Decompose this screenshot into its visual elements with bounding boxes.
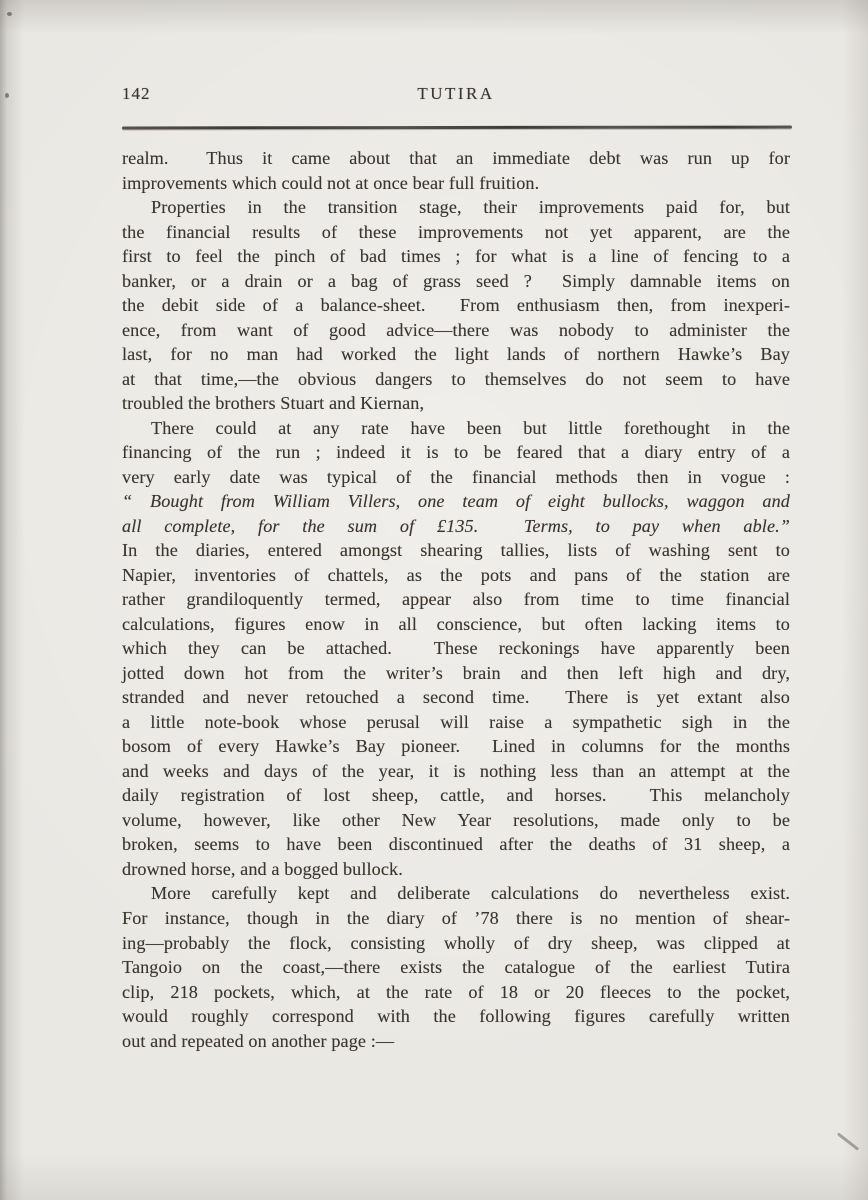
text-line: There could at any rate have been but li… [122, 416, 790, 441]
text-line: the financial results of these improveme… [122, 220, 790, 245]
text-line: rather grandiloquently termed, appear al… [122, 587, 790, 612]
text-line: first to feel the pinch of bad times ; f… [122, 244, 790, 269]
text-line: “ Bought from William Villers, one team … [122, 489, 790, 514]
page-header: 142 TUTIRA [122, 84, 790, 106]
text-line: calculations, figures enow in all consci… [122, 612, 790, 637]
text-line: banker, or a drain or a bag of grass see… [122, 269, 790, 294]
text-line: at that time,—the obvious dangers to the… [122, 367, 790, 392]
text-line: broken, seems to have been discontinued … [122, 832, 790, 857]
text-line: Properties in the transition stage, thei… [122, 195, 790, 220]
text-line: stranded and never retouched a second ti… [122, 685, 790, 710]
text-line: For instance, though in the diary of ’78… [122, 906, 790, 931]
text-line: In the diaries, entered amongst shearing… [122, 538, 790, 563]
text-line: drowned horse, and a bogged bullock. [122, 857, 790, 882]
running-title: TUTIRA [122, 84, 790, 104]
text-line: clip, 218 pockets, which, at the rate of… [122, 980, 790, 1005]
text-line: daily registration of lost sheep, cattle… [122, 783, 790, 808]
text-line: the debit side of a balance-sheet. From … [122, 293, 790, 318]
header-rule [122, 126, 792, 130]
text-line: last, for no man had worked the light la… [122, 342, 790, 367]
text-line: very early date was typical of the finan… [122, 465, 790, 490]
text-line: financing of the run ; indeed it is to b… [122, 440, 790, 465]
text-line: volume, however, like other New Year res… [122, 808, 790, 833]
text-line: jotted down hot from the writer’s brain … [122, 661, 790, 686]
text-line: Tangoio on the coast,—there exists the c… [122, 955, 790, 980]
text-line: a little note-book whose perusal will ra… [122, 710, 790, 735]
page-text: realm. Thus it came about that an immedi… [122, 146, 790, 1053]
text-line: troubled the brothers Stuart and Kiernan… [122, 391, 790, 416]
text-line: would roughly correspond with the follow… [122, 1004, 790, 1029]
book-page-scan: 142 TUTIRA realm. Thus it came about tha… [0, 0, 868, 1200]
text-line: ing—probably the flock, consisting wholl… [122, 931, 790, 956]
text-line: and weeks and days of the year, it is no… [122, 759, 790, 784]
scan-speck [5, 93, 9, 98]
scan-speck [7, 12, 12, 16]
text-line: realm. Thus it came about that an immedi… [122, 146, 790, 171]
scan-artifact-mark [837, 1132, 859, 1150]
text-line: out and repeated on another page :— [122, 1029, 790, 1054]
text-line: improvements which could not at once bea… [122, 171, 790, 196]
text-line: which they can be attached. These reckon… [122, 636, 790, 661]
text-line: bosom of every Hawke’s Bay pioneer. Line… [122, 734, 790, 759]
text-line: More carefully kept and deliberate calcu… [122, 881, 790, 906]
text-line: Napier, inventories of chattels, as the … [122, 563, 790, 588]
text-line: all complete, for the sum of £135. Terms… [122, 514, 790, 539]
text-line: ence, from want of good advice—there was… [122, 318, 790, 343]
